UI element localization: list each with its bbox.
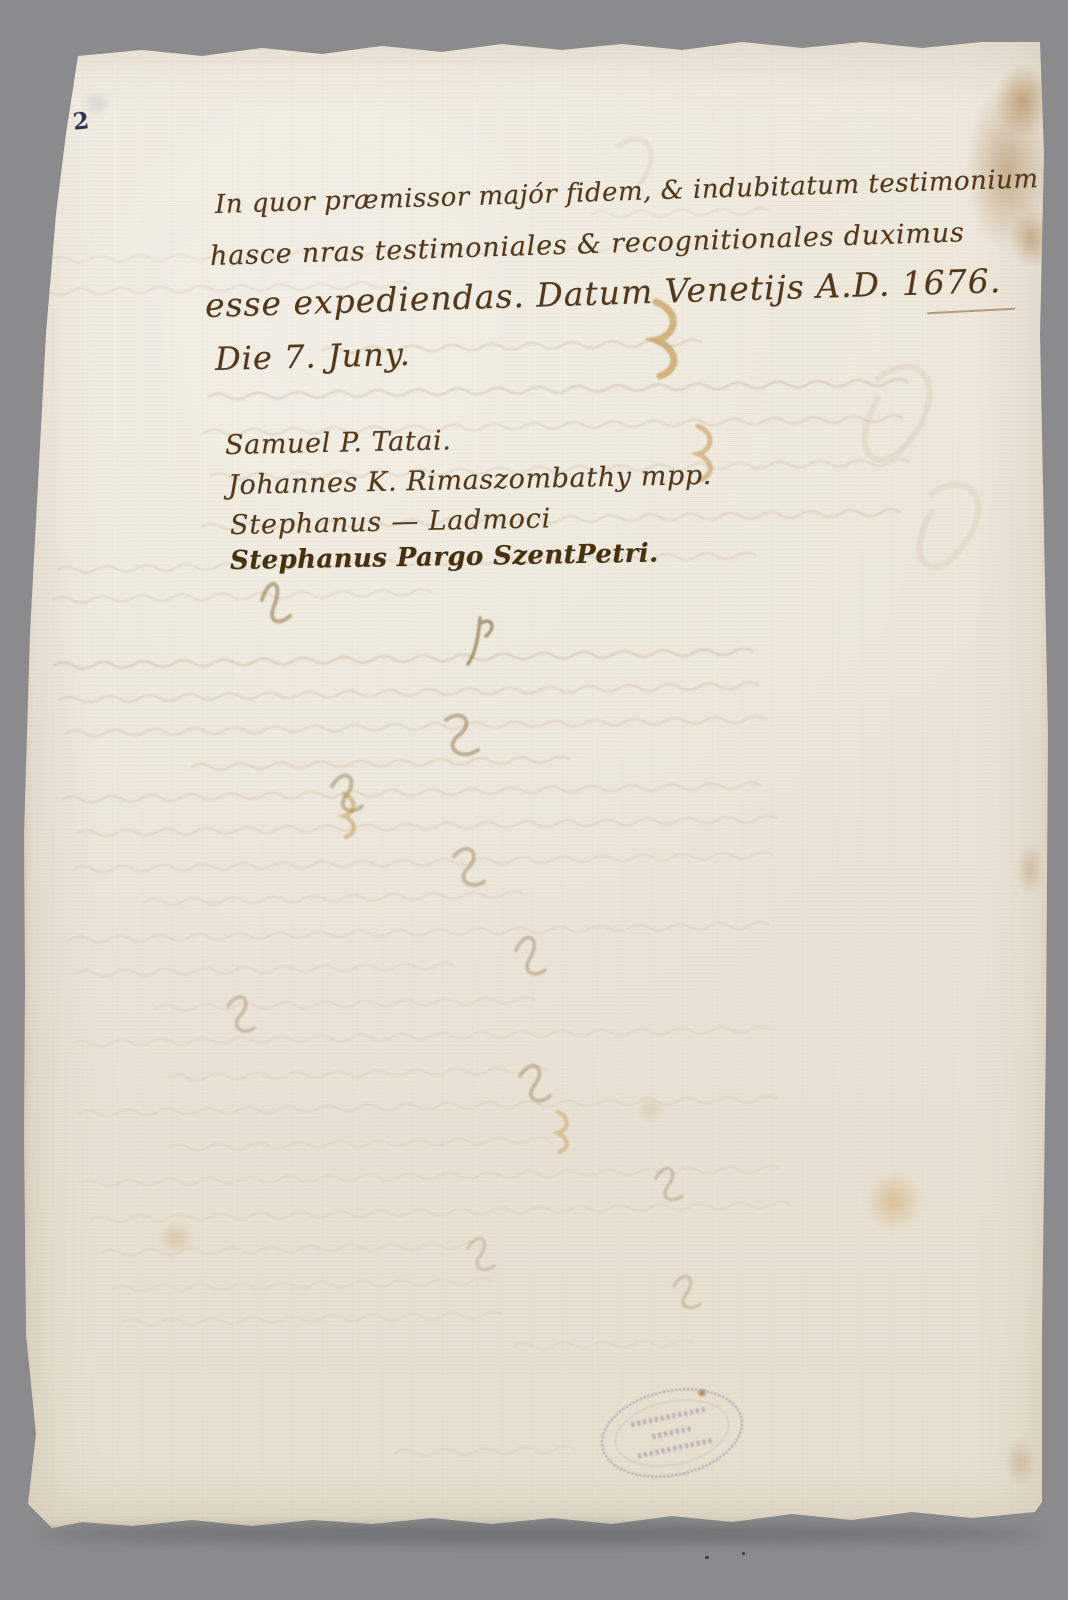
paper-shadow xyxy=(40,1526,1040,1542)
scan-background: { "scan": { "background_color": "#8b8b8d… xyxy=(0,0,1068,1600)
ink-soak-curls xyxy=(228,584,700,1308)
manuscript-line: hasce nras testimoniales & recognitional… xyxy=(210,217,966,272)
date-underline xyxy=(927,308,1015,315)
signature: Stephanus Pargo SzentPetri. xyxy=(230,539,659,576)
manuscript-line-dateline: esse expediendas. Datum Venetijs A.D. 16… xyxy=(204,261,1001,325)
edge-stain xyxy=(1012,834,1048,904)
debris-speck xyxy=(705,1556,709,1559)
foxing-spot xyxy=(150,1215,202,1261)
signature: Samuel P. Tatai. xyxy=(225,425,452,461)
foxing-spot xyxy=(630,1092,670,1128)
manuscript-line-day: Die 7. Juny. xyxy=(215,335,412,378)
manuscript-page: 2 In quor præmissor majór fidem, & indub… xyxy=(22,34,1052,1534)
debris-speck xyxy=(742,1552,745,1555)
signature: Stephanus — Ladmoci xyxy=(230,503,552,541)
manuscript-line: In quor præmissor majór fidem, & indubit… xyxy=(215,164,1039,220)
foxing-spot xyxy=(855,1160,933,1242)
signature: Johannes K. Rimaszombathy mpp. xyxy=(228,460,712,501)
folio-number: 2 xyxy=(72,107,91,136)
edge-stain xyxy=(1000,1430,1042,1494)
archive-stamp xyxy=(593,1376,752,1490)
